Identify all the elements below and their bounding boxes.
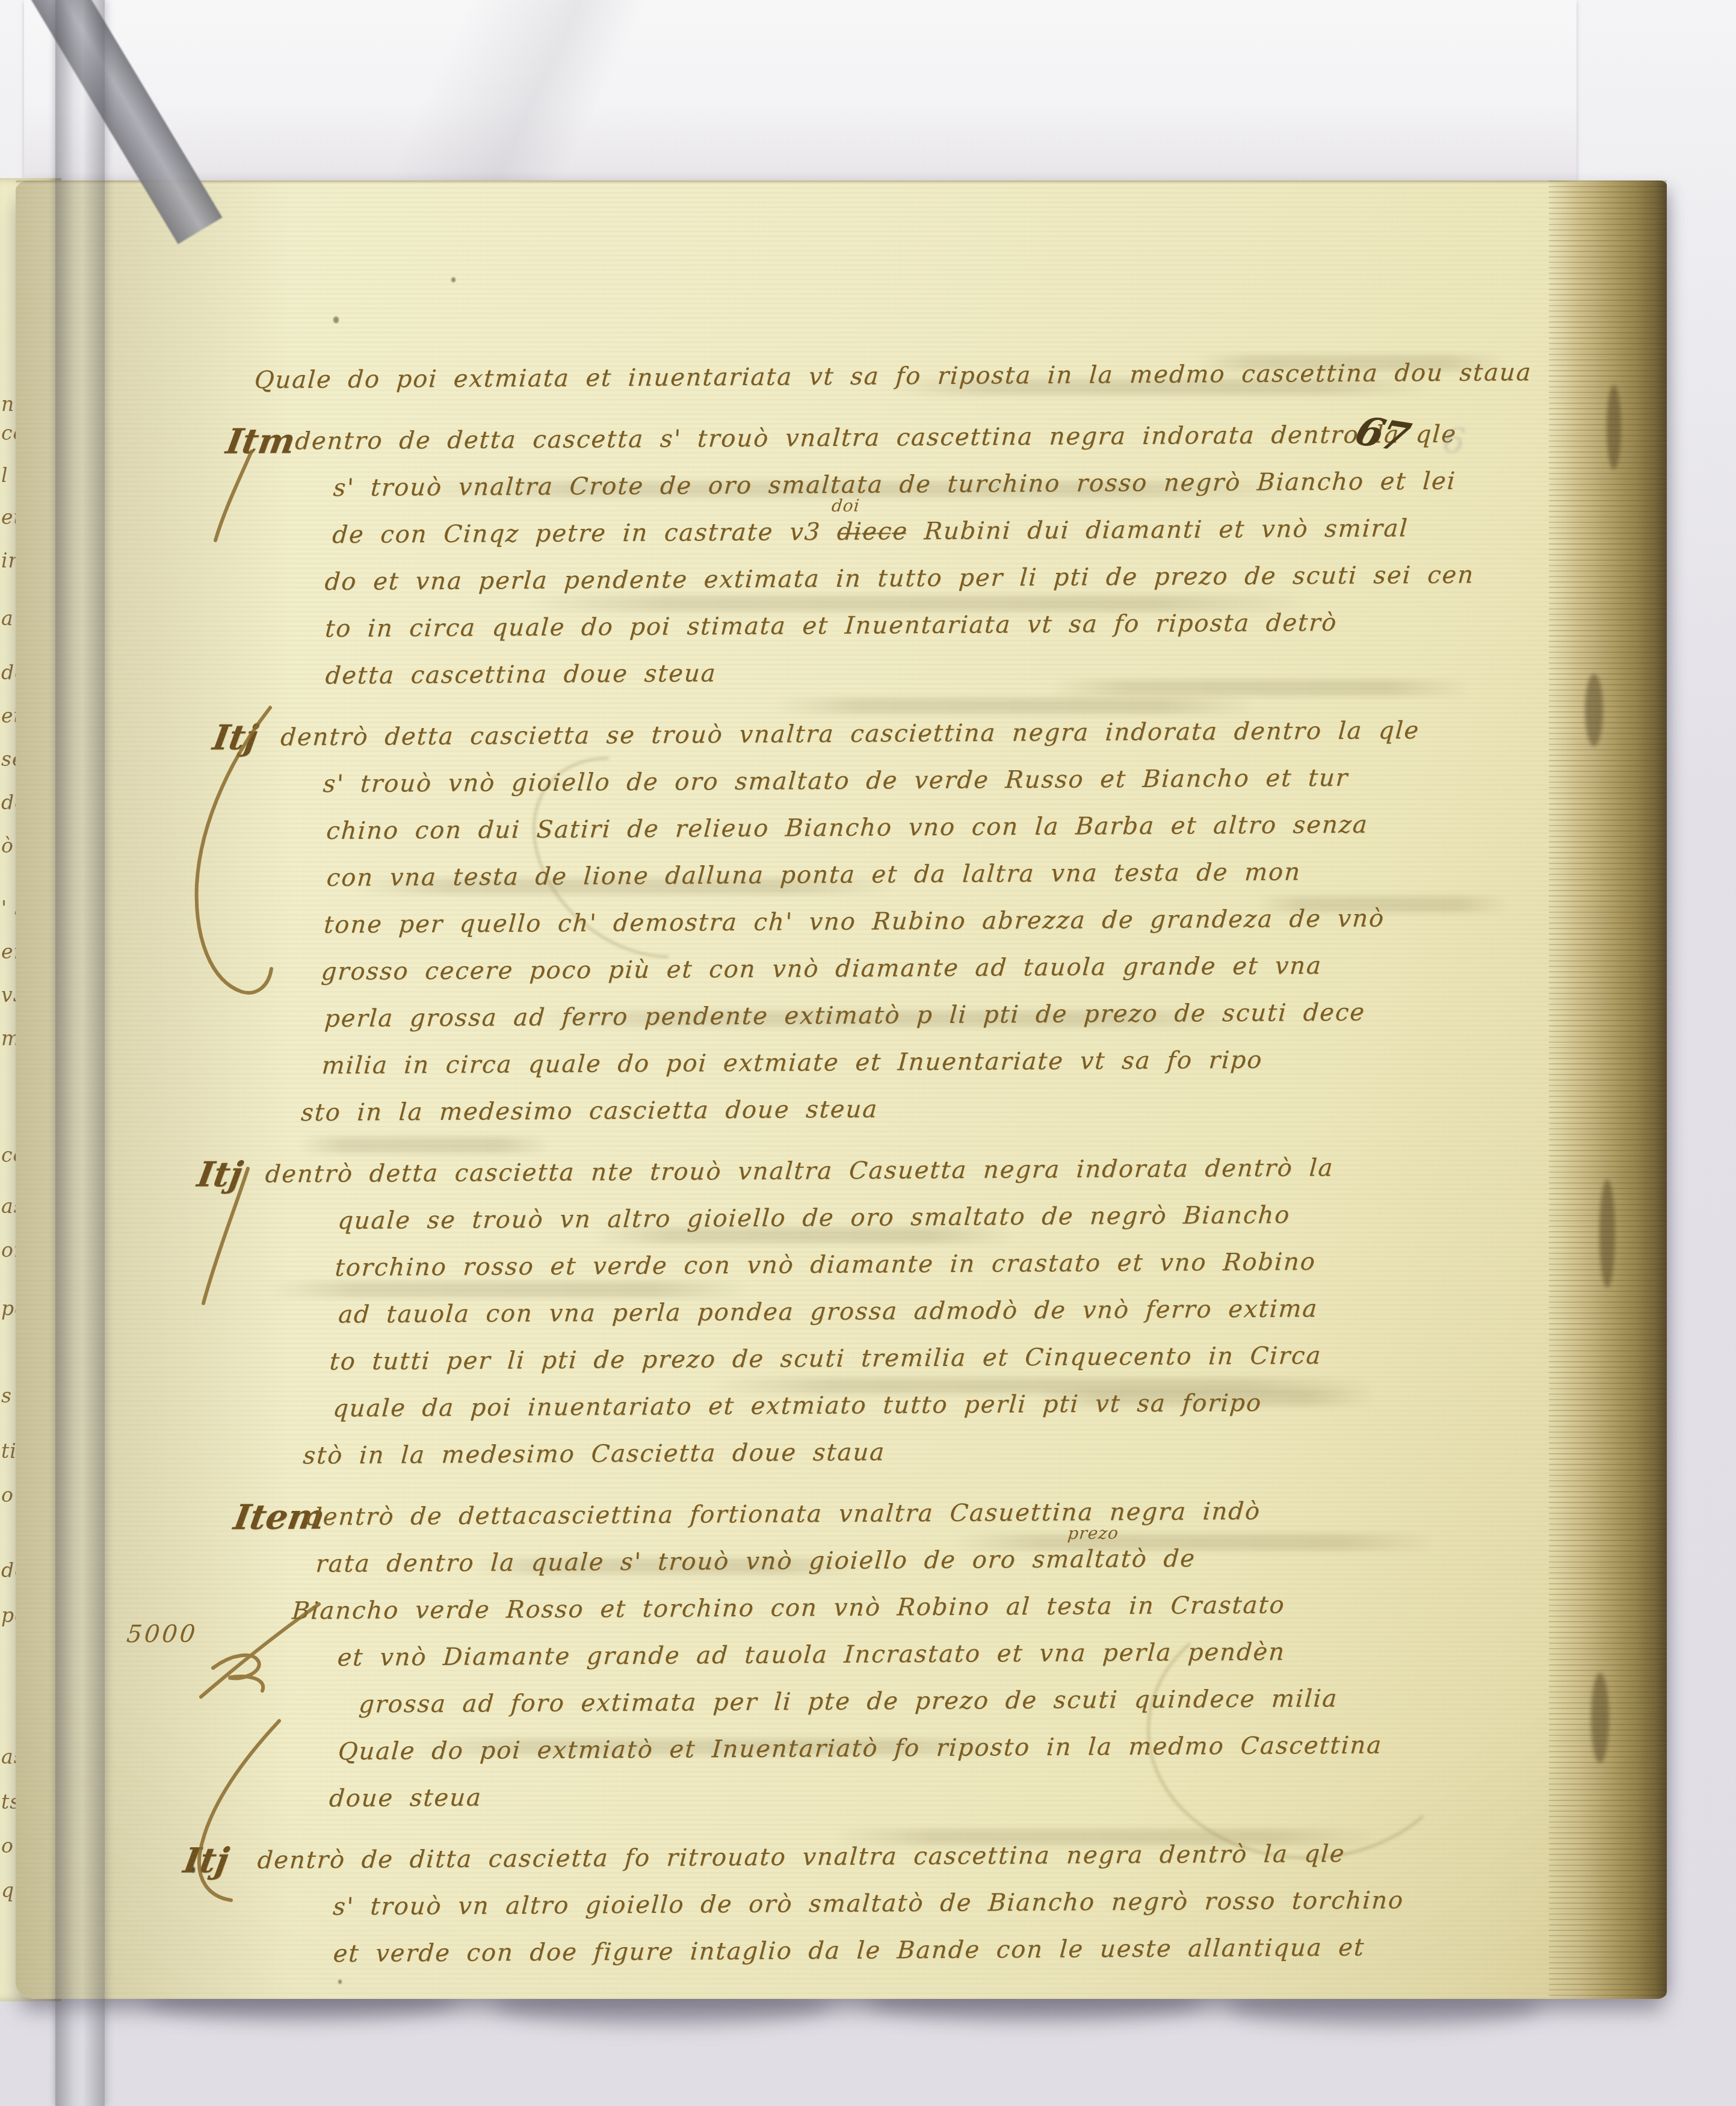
manuscript-line-text: do et vna perla pendente extimata in tut… <box>324 557 1475 601</box>
manuscript-line-text: perla grossa ad ferro pendente extimatò … <box>323 995 1367 1037</box>
manuscript-line-text: dentrò de ditta cascietta fo ritrouato v… <box>256 1836 1347 1879</box>
manuscript-line: chino con dui Satiri de relieuo Biancho … <box>14 805 1665 854</box>
manuscript-line-text: stò in la medesimo Cascietta doue staua <box>302 1434 886 1474</box>
manuscript-line-text: detta cascettina doue steua <box>324 655 718 694</box>
manuscript-line-text: rata dentro la quale s' trouò vnò gioiel… <box>315 1540 1197 1582</box>
manuscript-line-text: s' trouò vnaltra Crote de oro smaltata d… <box>332 463 1457 506</box>
manuscript-line-text: et verde con doe figure intaglio da le B… <box>332 1930 1366 1972</box>
manuscript-line: quale da poi inuentariato et extmiato tu… <box>17 1383 1669 1431</box>
manuscript-line: Itjdentrò de ditta cascietta fo ritrouat… <box>20 1834 1672 1883</box>
manuscript-line-text: grosso cecere poco più et con vnò diaman… <box>320 948 1323 990</box>
manuscript-line-text: tone per quello ch' demostra ch' vno Rub… <box>323 900 1386 943</box>
manuscript-line-text: de con Cinqz petre in castrate v3 d̶i̶e̶… <box>331 510 1409 553</box>
manuscript-line: de con Cinqz petre in castrate v3 d̶i̶e̶… <box>12 509 1663 558</box>
item-marker: Itj <box>195 1156 246 1193</box>
manuscript-line: Itjdentrò detta cascietta nte trouò vnal… <box>16 1148 1667 1197</box>
manuscript-line-text: s' trouò vn altro gioiello de orò smalta… <box>332 1882 1405 1925</box>
manuscript-line-text: ad tauola con vna perla pondea grossa ad… <box>337 1291 1319 1333</box>
interlinear-note: doi <box>830 496 860 516</box>
manuscript-line: milia in circa quale do poi extmiate et … <box>16 1040 1667 1089</box>
manuscript-line: stò in la medesimo Cascietta doue staua <box>18 1430 1669 1478</box>
manuscript-line-text: Biancho verde Rosso et torchino con vnò … <box>291 1587 1286 1629</box>
manuscript-line-text: Quale do poi extmiata et inuentariata vt… <box>253 354 1533 398</box>
manuscript-line: to in circa quale do poi stimata et Inue… <box>13 603 1664 652</box>
manuscript-line: do et vna perla pendente extimata in tut… <box>13 556 1664 605</box>
manuscript-line-text: chino con dui Satiri de relieuo Biancho … <box>325 807 1369 850</box>
manuscript-line-text: milia in circa quale do poi extmiate et … <box>321 1042 1264 1084</box>
scan-backdrop: { "manuscript": { "page_number": "67", "… <box>0 0 1736 2106</box>
interlinear-note: prezo <box>1067 1523 1120 1543</box>
manuscript-line-text: torchino rosso et verde con vnò diamante… <box>334 1244 1317 1286</box>
manuscript-line: et verde con doe figure intaglio da le B… <box>21 1928 1672 1977</box>
manuscript-line: to tutti per li pti de prezo de scuti tr… <box>17 1336 1669 1385</box>
manuscript-line: Itjdentrò detta cascietta se trouò vnalt… <box>13 711 1664 760</box>
manuscript-line-text: quale se trouò vn altro gioiello de oro … <box>336 1197 1291 1239</box>
manuscript-line: Biancho verde Rosso et torchino con vnò … <box>19 1585 1670 1634</box>
manuscript-line: Itmdentro de detta cascetta s' trouò vna… <box>11 415 1663 464</box>
manuscript-line: con vna testa de lione dalluna ponta et … <box>14 852 1666 901</box>
manuscript-line-text: to in circa quale do poi stimata et Inue… <box>324 605 1338 647</box>
manuscript-line: detta cascettina doue steua <box>13 650 1664 699</box>
manuscript-line: Quale do poi extmiata et inuentariata vt… <box>11 354 1663 403</box>
manuscript-line: doue steua <box>20 1773 1671 1821</box>
manuscript-line: torchino rosso et verde con vnò diamante… <box>17 1242 1668 1291</box>
margin-value-note: 5000 <box>125 1620 199 1649</box>
manuscript-line: Itemdentrò de dettacasciettina fortionat… <box>18 1491 1669 1540</box>
manuscript-line-text: doue steua <box>328 1780 483 1817</box>
handwritten-text-block: Quale do poi extmiata et inuentariata vt… <box>10 176 1672 2004</box>
manuscript-line-text: to tutti per li pti de prezo de scuti tr… <box>329 1338 1323 1380</box>
manuscript-line-text: dentro de detta cascetta s' trouò vnaltr… <box>294 416 1457 460</box>
manuscript-line-text: sto in la medesimo cascietta doue steua <box>300 1092 879 1131</box>
manuscript-line-text: grossa ad foro extimata per li pte de pr… <box>357 1681 1339 1723</box>
manuscript-line-text: dentrò detta cascietta se trouò vnaltra … <box>279 712 1421 756</box>
manuscript-line: s' trouò vnò gioiello de oro smaltato de… <box>14 758 1665 807</box>
manuscript-line: tone per quello ch' demostra ch' vno Rub… <box>14 899 1666 948</box>
manuscript-line: grossa ad foro extimata per li pte de pr… <box>19 1679 1670 1728</box>
sheet-crease <box>303 0 769 190</box>
manuscript-line-text: con vna testa de lione dalluna ponta et … <box>326 854 1302 896</box>
erased-folio-number: 6 <box>1441 419 1468 462</box>
manuscript-line: s' trouò vn altro gioiello de orò smalta… <box>20 1881 1672 1930</box>
item-marker: Itj <box>181 1842 232 1879</box>
manuscript-line: perla grossa ad ferro pendente extimatò … <box>15 993 1666 1042</box>
manuscript-line: et vnò Diamante grande ad tauola Incrast… <box>19 1632 1670 1681</box>
manuscript-page: Quale do poi extmiata et inuentariata vt… <box>16 181 1667 1999</box>
manuscript-line: ad tauola con vna perla pondea grossa ad… <box>17 1289 1668 1338</box>
backdrop-upper-sheet <box>24 0 1577 190</box>
manuscript-line-text: quale da poi inuentariato et extmiato tu… <box>332 1385 1263 1427</box>
manuscript-line-text: dentrò detta cascietta nte trouò vnaltra… <box>264 1150 1335 1193</box>
item-marker: Itj <box>210 720 261 756</box>
item-marker: Itm <box>223 423 298 460</box>
manuscript-line: Quale do poi extmiatò et Inuentariatò fo… <box>20 1726 1671 1774</box>
manuscript-line: quale se trouò vn altro gioiello de oro … <box>16 1195 1667 1244</box>
manuscript-line-text: Quale do poi extmiatò et Inuentariatò fo… <box>337 1728 1383 1770</box>
manuscript-line: grosso cecere poco più et con vnò diaman… <box>15 946 1666 995</box>
manuscript-line-text: s' trouò vnò gioiello de oro smaltato de… <box>322 760 1350 802</box>
manuscript-line-text: et vnò Diamante grande ad tauola Incrast… <box>336 1634 1287 1676</box>
manuscript-line: rata dentro la quale s' trouò vnò gioiel… <box>19 1538 1670 1587</box>
manuscript-line: sto in la medesimo cascietta doue steua <box>16 1087 1667 1135</box>
